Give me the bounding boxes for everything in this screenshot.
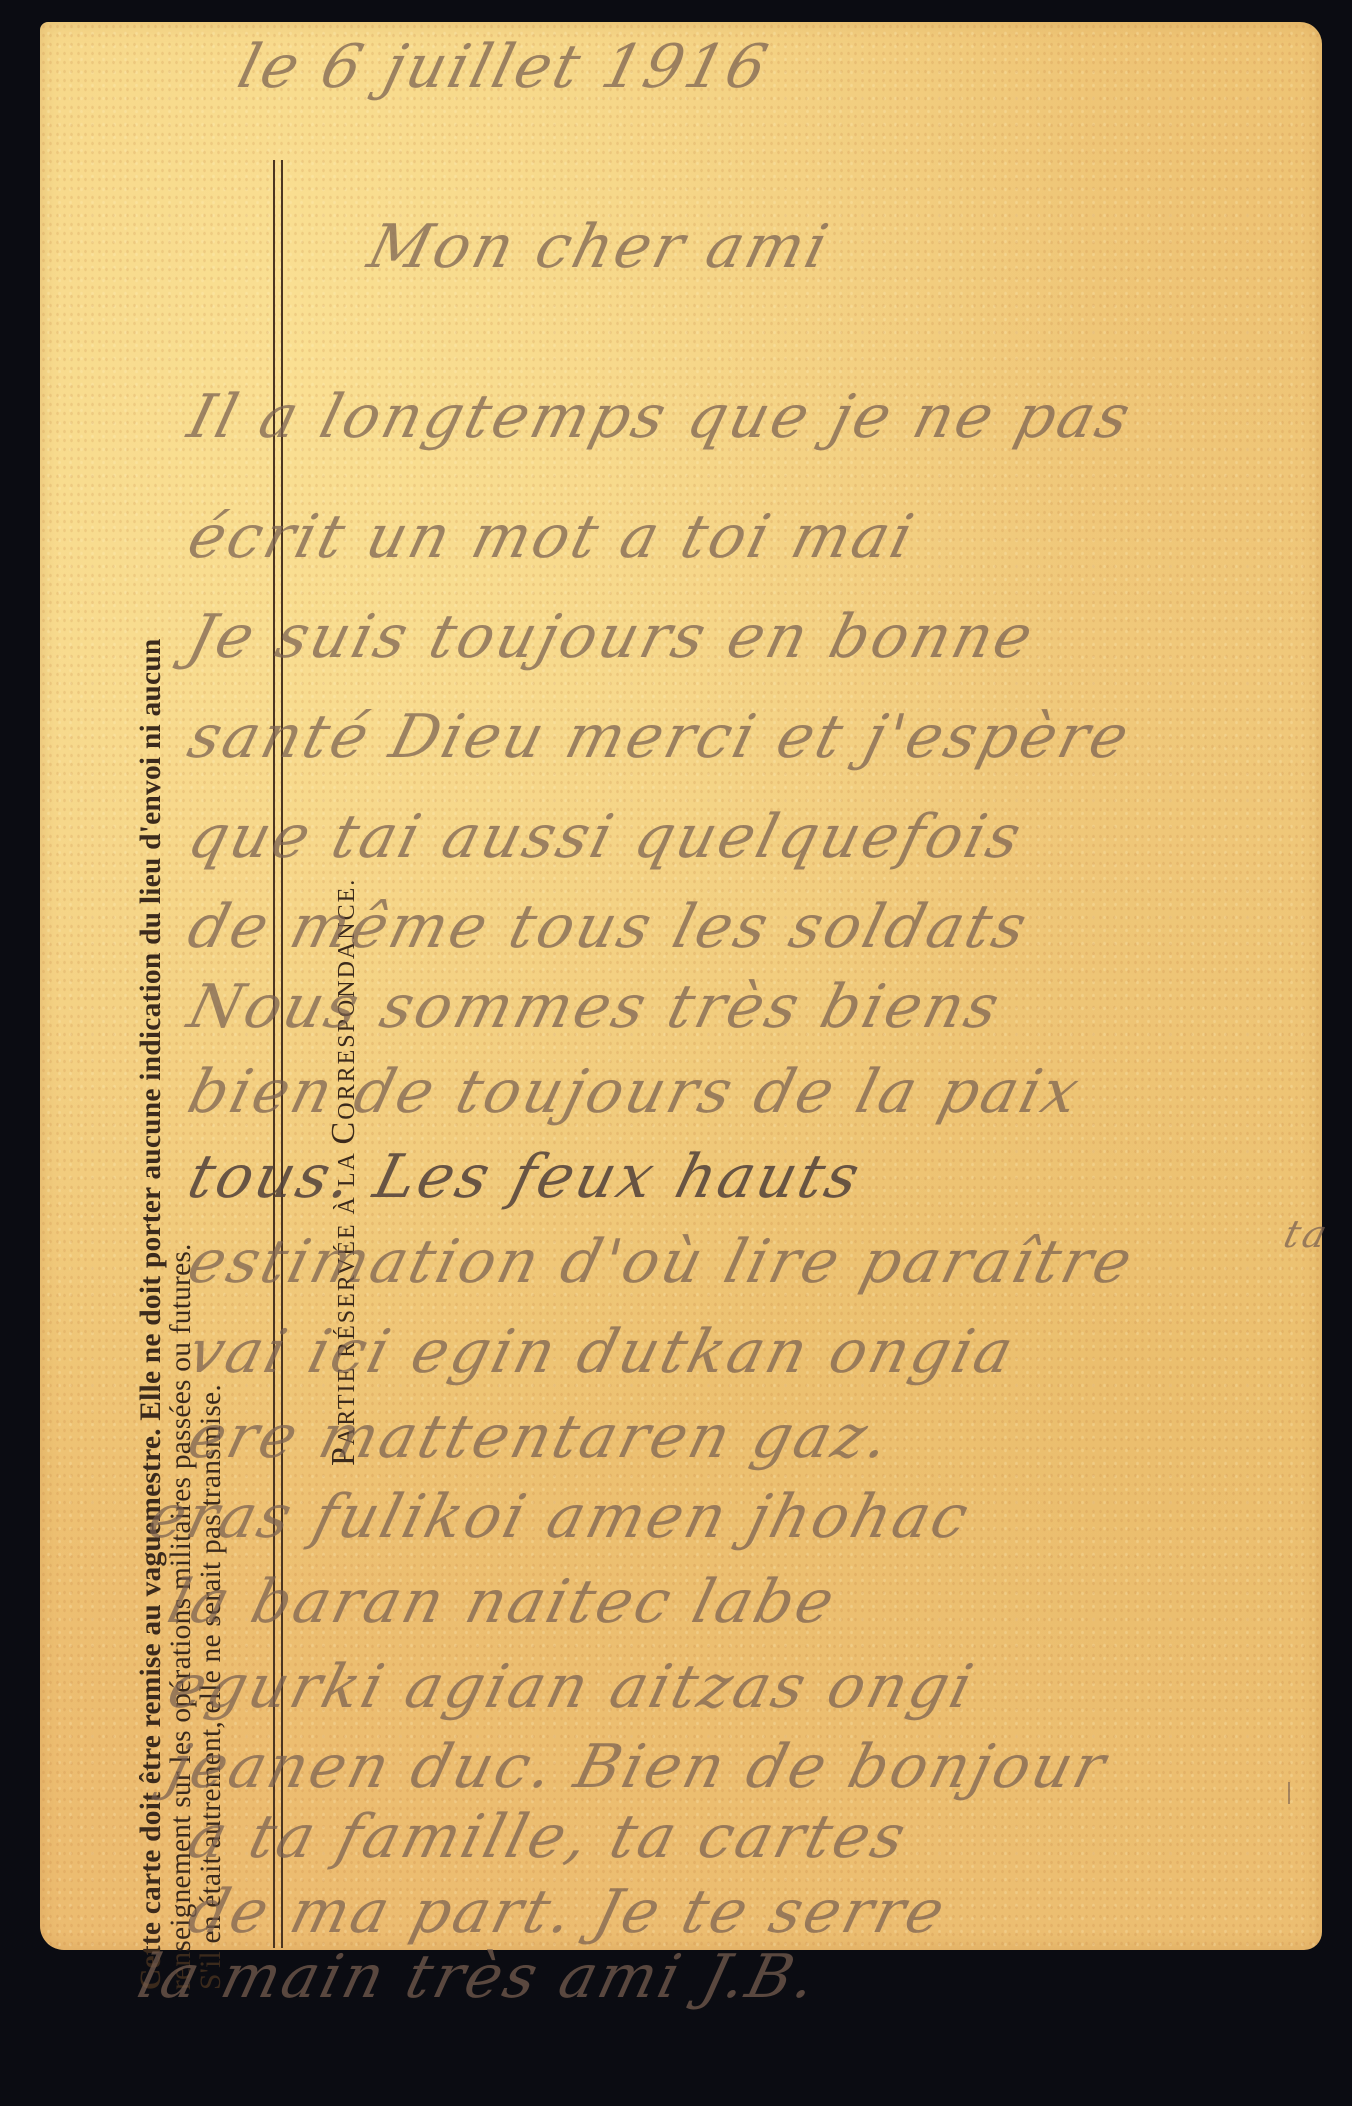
handwritten-salutation: Mon cher ami <box>361 212 837 282</box>
handwritten-line: que tai aussi quelquefois <box>181 802 1030 872</box>
handwritten-signoff: la main très ami J.B. <box>131 1942 826 2012</box>
handwritten-line: eras fulikoi amen jhohac <box>141 1482 978 1552</box>
handwritten-line: egurki agian aitzas ongi <box>161 1652 982 1722</box>
handwritten-line: a ta famille, ta cartes <box>181 1802 915 1872</box>
handwritten-line: santé Dieu merci et j'espère <box>181 702 1138 772</box>
handwritten-line: de même tous les soldats <box>181 892 1036 962</box>
handwritten-line: de ma part. Je te serre <box>181 1877 954 1947</box>
handwritten-line: tous. Les feux hauts <box>181 1142 869 1212</box>
notice-line-1: Cette carte doit être remise au vaguemes… <box>136 150 166 1990</box>
handwritten-date: le 6 juillet 1916 <box>231 32 777 102</box>
handwritten-line: bien de toujours de la paix <box>181 1057 1088 1127</box>
margin-mark <box>1288 1782 1298 1804</box>
handwritten-line: jeanen duc. Bien de bonjour <box>161 1732 1115 1802</box>
handwritten-line: la baran naitec labe <box>161 1567 844 1637</box>
handwritten-line: estimation d'où lire paraître <box>181 1227 1141 1297</box>
handwritten-margin-note: ta <box>1280 1212 1335 1256</box>
handwritten-line: écrit un mot a toi mai <box>181 502 922 572</box>
handwritten-line: ere mattentaren gaz. <box>181 1402 899 1472</box>
handwritten-line: vai ici egin dutkan ongia <box>181 1317 1022 1387</box>
handwritten-line: Il a longtemps que je ne pas <box>181 382 1139 452</box>
postcard: Cette carte doit être remise au vaguemes… <box>40 22 1322 1950</box>
handwritten-line: Nous sommes très biens <box>181 972 1008 1042</box>
handwritten-line: Je suis toujours en bonne <box>181 602 1042 672</box>
